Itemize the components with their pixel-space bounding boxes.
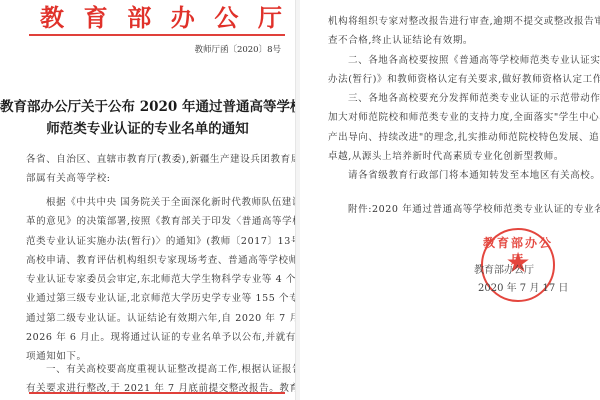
document-page-right: 机构将组织专家对整改报告进行审查,逾期不提交或整改报告审 查不合格,终止认证结论… — [300, 0, 600, 400]
body-line: 范类专业认证实施办法(暂行)〉的通知》(教师〔2017〕13号),经 — [26, 232, 296, 251]
item-line: 一、有关高校要高度重视认证整改提高工作,根据认证报告及 — [26, 360, 296, 379]
salutation: 各省、自治区、直辖市教育厅(教委),新疆生产建设兵团教育局, 部属有关高等学校: — [26, 150, 296, 189]
notice-title: 教育部办公厅关于公布 2020 年通过普通高等学校 师范类专业认证的专业名单的通… — [0, 96, 295, 140]
title-line: 师范类专业认证的专业名单的通知 — [0, 118, 295, 140]
document-page-left: 教 育 部 办 公 厅 教师厅函〔2020〕8号 教育部办公厅关于公布 2020… — [0, 0, 296, 400]
salutation-line: 部属有关高等学校: — [26, 169, 296, 188]
footer-red-rule — [29, 392, 285, 394]
item-one-continued: 机构将组织专家对整改报告进行审查,逾期不提交或整改报告审 查不合格,终止认证结论… — [328, 12, 600, 51]
attachment-note: 附件:2020 年通过普通高等学校师范类专业认证的专业名单 — [328, 200, 600, 219]
attachment-line: 附件:2020 年通过普通高等学校师范类专业认证的专业名单 — [328, 200, 600, 219]
issuer-header: 教 育 部 办 公 厅 — [40, 4, 282, 32]
item-line: 机构将组织专家对整改报告进行审查,逾期不提交或整改报告审 — [328, 12, 600, 31]
header-char: 育 — [84, 4, 108, 32]
item-line: 办法(暂行)》和教师资格认定有关要求,做好教师资格认定工作。 — [328, 70, 600, 89]
item-two: 二、各地各高校要按照《普通高等学校师范类专业认证实施 办法(暂行)》和教师资格认… — [328, 51, 600, 90]
body-line: 通过第二级专业认证。认证结论有效期六年,自 2020 年 7 月起至 — [26, 309, 296, 328]
item-line: 查不合格,终止认证结论有效期。 — [328, 31, 600, 50]
header-char: 教 — [40, 4, 64, 32]
item-three: 三、各地各高校要充分发挥师范类专业认证的示范带动作用, 加大对师范院校和师范类专… — [328, 89, 600, 166]
forward-instruction: 请各省级教育行政部门将本通知转发至本地区有关高校。 — [328, 166, 600, 185]
forward-line: 请各省级教育行政部门将本通知转发至本地区有关高校。 — [328, 166, 600, 185]
salutation-line: 各省、自治区、直辖市教育厅(教委),新疆生产建设兵团教育局, — [26, 150, 296, 169]
body-line: 专业认证专家委员会审定,东北师范大学生物科学专业等 4 个专 — [26, 270, 296, 289]
item-line: 产出导向、持续改进"的理念,扎实推动师范院校特色发展、追求 — [328, 128, 600, 147]
header-char: 办 — [171, 4, 195, 32]
item-line: 有关要求进行整改,于 2021 年 7 月底前提交整改报告。教育评估 — [26, 379, 296, 398]
title-line: 教育部办公厅关于公布 2020 年通过普通高等学校 — [0, 96, 295, 118]
item-line: 卓越,从源头上培养新时代高素质专业化创新型教师。 — [328, 147, 600, 166]
body-line: 革的意见》的决策部署,按照《教育部关于印发〈普通高等学校师 — [26, 212, 296, 231]
item-line: 二、各地各高校要按照《普通高等学校师范类专业认证实施 — [328, 51, 600, 70]
document-number: 教师厅函〔2020〕8号 — [194, 43, 281, 55]
item-line: 加大对师范院校和师范类专业的支持力度,全面落实"学生中心、 — [328, 108, 600, 127]
header-char: 部 — [127, 4, 151, 32]
item-line: 三、各地各高校要充分发挥师范类专业认证的示范带动作用, — [328, 89, 600, 108]
body-line: 高校申请、教育评估机构组织专家现场考查、普通高等学校师范类 — [26, 251, 296, 270]
body-paragraph: 根据《中共中央 国务院关于全面深化新时代教师队伍建设改 革的意见》的决策部署,按… — [26, 193, 296, 367]
signature-organization: 教育部办公厅 — [474, 261, 534, 276]
signature-date: 2020 年 7 月 17 日 — [478, 279, 568, 294]
header-char: 厅 — [258, 4, 282, 32]
body-line: 2026 年 6 月止。现将通过认证的专业名单予以公布,并就有关事 — [26, 328, 296, 347]
header-char: 公 — [214, 4, 238, 32]
body-line: 根据《中共中央 国务院关于全面深化新时代教师队伍建设改 — [26, 193, 296, 212]
header-red-rule — [29, 34, 285, 36]
body-line: 业通过第三级专业认证,北京师范大学历史学专业等 155 个专业 — [26, 289, 296, 308]
